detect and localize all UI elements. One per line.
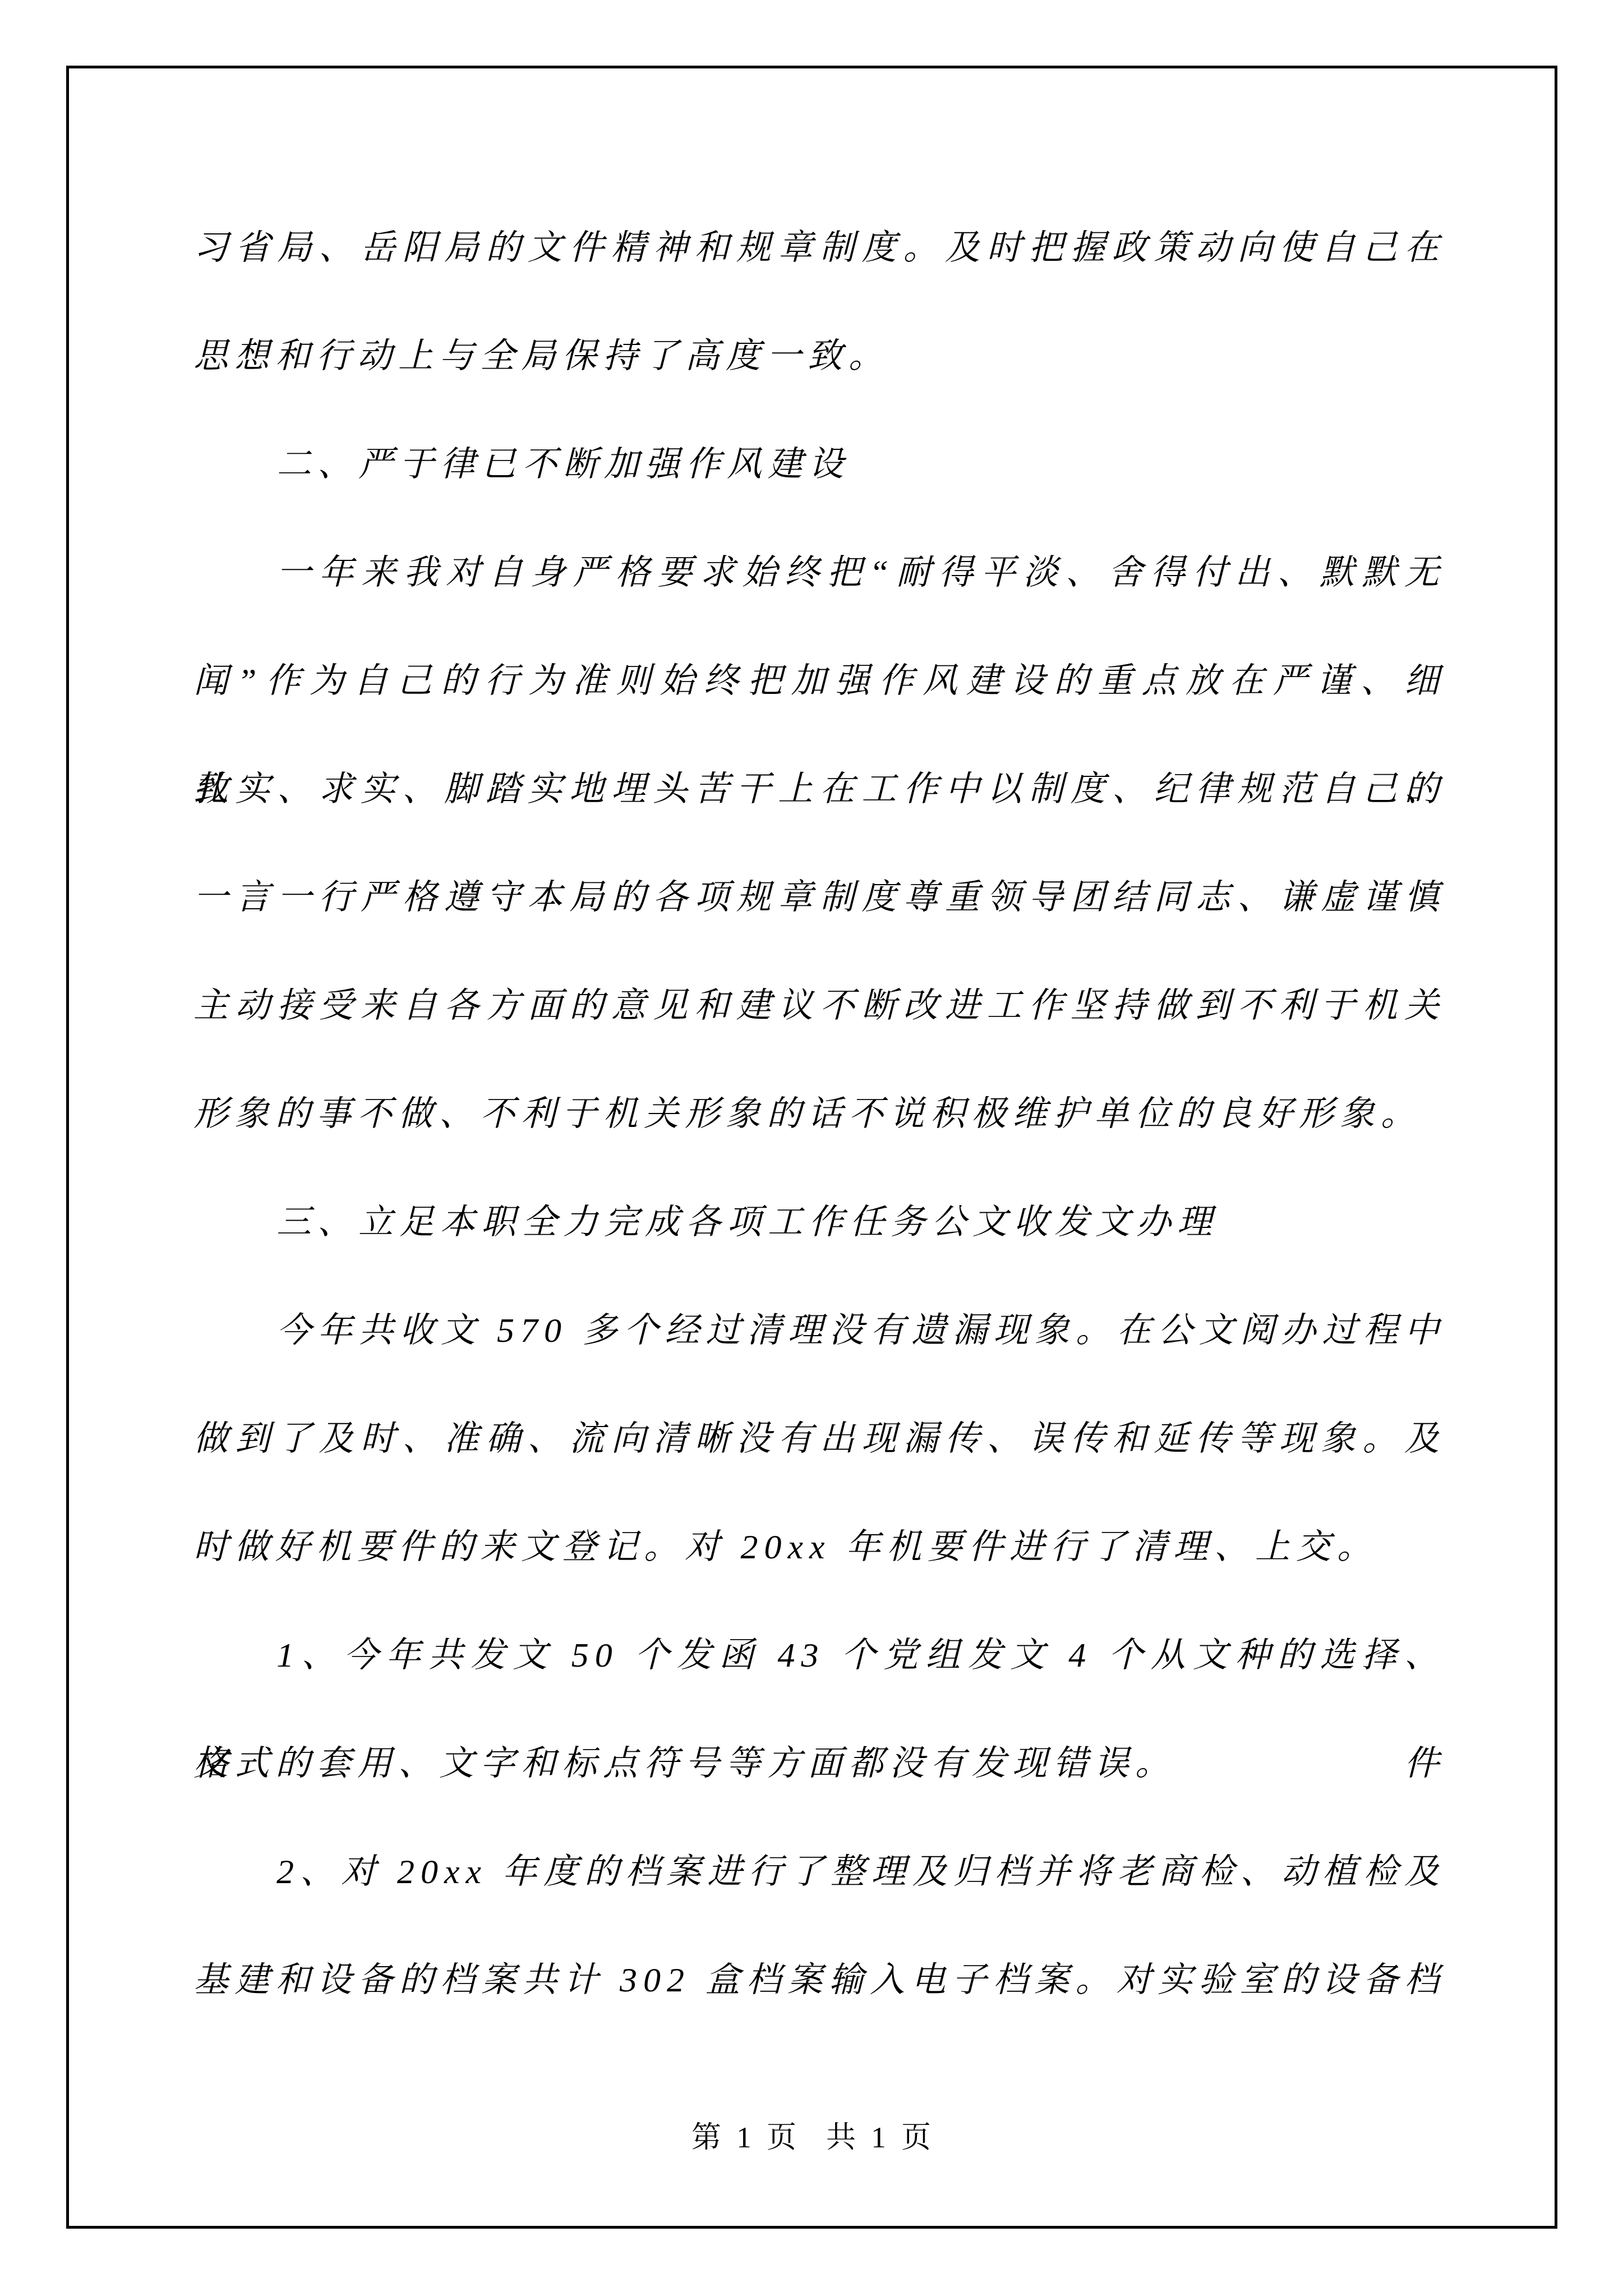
text-line: 习省局、岳阳局的文件精神和规章制度。及时把握政策动向使自己在 [193, 194, 1445, 302]
text-line: 形象的事不做、不利于机关形象的话不说积极维护单位的良好形象。 [193, 1060, 1445, 1168]
text-line: 一言一行严格遵守本局的各项规章制度尊重领导团结同志、谦虚谨慎 [193, 844, 1445, 952]
text-line: 思想和行动上与全局保持了高度一致。 [193, 302, 1445, 411]
document-page: 习省局、岳阳局的文件精神和规章制度。及时把握政策动向使自己在 思想和行动上与全局… [0, 0, 1623, 2296]
text-line: 今年共收文 570 多个经过清理没有遗漏现象。在公文阅办过程中 [193, 1277, 1445, 1385]
text-line: 时做好机要件的来文登记。对 20xx 年机要件进行了清理、上交。 [193, 1493, 1445, 1602]
text-line: 基建和设备的档案共计 302 盒档案输入电子档案。对实验室的设备档 [193, 1926, 1445, 2035]
text-line: 三、立足本职全力完成各项工作任务公文收发文办理 [193, 1168, 1445, 1277]
total-pages-label: 共 1 页 [826, 2122, 935, 2154]
page-footer: 第 1 页共 1 页 [69, 2119, 1557, 2156]
current-page-label: 第 1 页 [691, 2122, 800, 2154]
text-line: 2、对 20xx 年度的档案进行了整理及归档并将老商检、动植检及 [193, 1818, 1445, 1926]
text-line: 二、严于律已不断加强作风建设 [193, 411, 1445, 519]
text-line: 扎实、求实、脚踏实地埋头苦干上在工作中以制度、纪律规范自己的 [193, 735, 1445, 844]
document-body: 习省局、岳阳局的文件精神和规章制度。及时把握政策动向使自己在 思想和行动上与全局… [193, 194, 1445, 2035]
text-line: 闻”作为自己的行为准则始终把加强作风建设的重点放在严谨、细致、 [193, 627, 1445, 735]
text-line: 做到了及时、准确、流向清晰没有出现漏传、误传和延传等现象。及 [193, 1385, 1445, 1493]
text-line: 主动接受来自各方面的意见和建议不断改进工作坚持做到不利于机关 [193, 952, 1445, 1060]
text-line: 1、今年共发文 50 个发函 43 个党组发文 4 个从文种的选择、文件 [193, 1602, 1445, 1710]
text-line: 一年来我对自身严格要求始终把“耐得平淡、舍得付出、默默无 [193, 519, 1445, 627]
